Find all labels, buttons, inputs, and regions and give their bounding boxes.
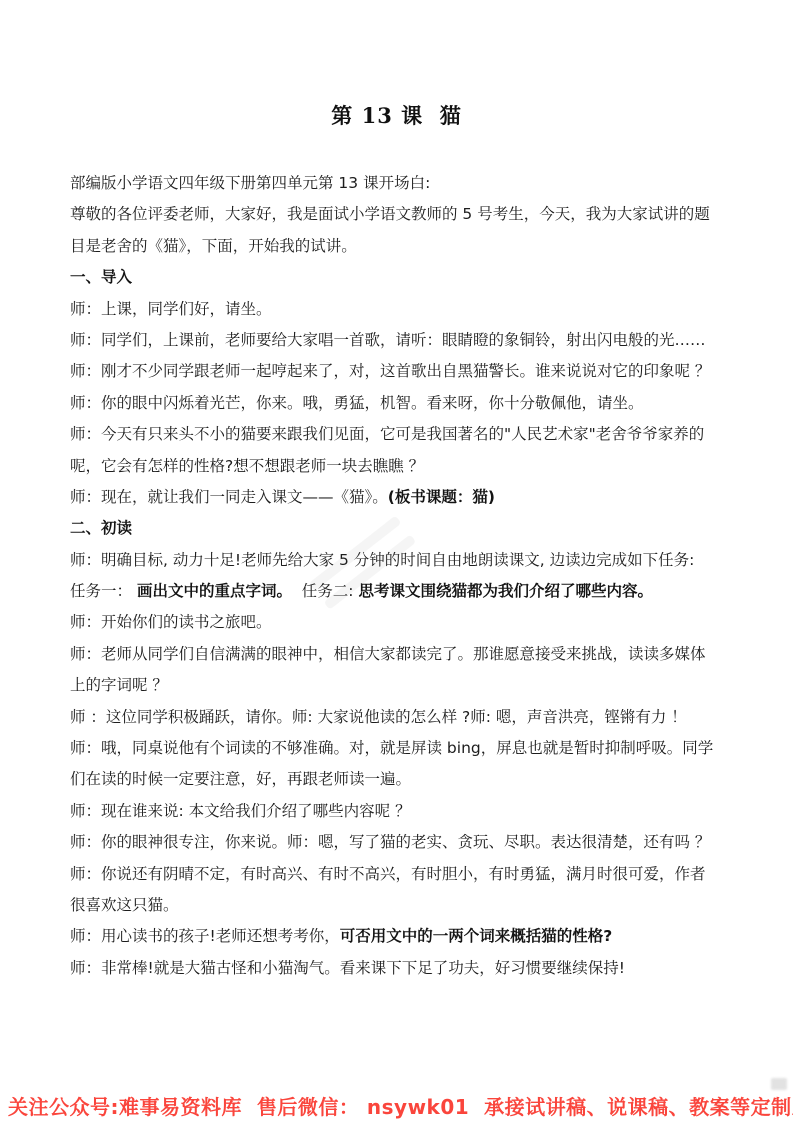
- body-text: 师：今天有只来头不小的猫要来跟我们见面，它可是我国著名的"人民艺术家"老舍爷爷家…: [70, 425, 704, 443]
- body-text: 师：你说还有阴晴不定，有时高兴、有时不高兴，有时胆小，有时勇猛，满月时很可爱，作…: [70, 865, 706, 883]
- text-line: 师：今天有只来头不小的猫要来跟我们见面，它可是我国著名的"人民艺术家"老舍爷爷家…: [70, 419, 729, 450]
- text-line: 尊敬的各位评委老师，大家好，我是面试小学语文教师的 5 号考生，今天，我为大家试…: [70, 199, 729, 230]
- body-text: 上的字词呢 ？: [70, 676, 168, 694]
- body-text: 师：你的眼中闪烁着光芒，你来。哦，勇猛，机智。看来呀，你十分敬佩他，请坐。: [70, 394, 644, 412]
- document-title: 第 13 课 猫: [0, 100, 793, 130]
- body-text: 任务二:: [292, 582, 359, 600]
- text-line: 师：现在，就让我们一同走入课文——《猫》。(板书课题：猫): [70, 482, 729, 513]
- body-text: 呢，它会有怎样的性格?想不想跟老师一块去瞧瞧 ？: [70, 457, 424, 475]
- body-text: 师：同学们，上课前，老师要给大家唱一首歌，请听：眼睛瞪的象铜铃，射出闪电般的光……: [70, 331, 706, 349]
- document-page: 第 13 课 猫 部编版小学语文四年级下册第四单元第 13 课开场白:尊敬的各位…: [0, 0, 793, 1122]
- emphasis-text: 思考课文围绕猫都为我们介绍了哪些内容。: [358, 582, 653, 600]
- body-text: 师：哦，同桌说他有个词读的不够准确。对，就是屏读 bing，屏息也就是暂时抑制呼…: [70, 739, 713, 757]
- text-line: 师：老师从同学们自信满满的眼神中，相信大家都读完了。那谁愿意接受来挑战，读读多媒…: [70, 639, 729, 670]
- body-text: 师：刚才不少同学跟老师一起哼起来了，对，这首歌出自黑猫警长。谁来说说对它的印象呢…: [70, 362, 710, 380]
- body-text: 部编版小学语文四年级下册第四单元第 13 课开场白:: [70, 174, 430, 192]
- text-line: 师：你的眼中闪烁着光芒，你来。哦，勇猛，机智。看来呀，你十分敬佩他，请坐。: [70, 388, 729, 419]
- emphasis-text: 一、导入: [70, 268, 132, 286]
- document-body: 部编版小学语文四年级下册第四单元第 13 课开场白:尊敬的各位评委老师，大家好，…: [70, 168, 729, 984]
- text-line: 师：哦，同桌说他有个词读的不够准确。对，就是屏读 bing，屏息也就是暂时抑制呼…: [70, 733, 729, 764]
- text-line: 上的字词呢 ？: [70, 670, 729, 701]
- body-text: 师：上课，同学们好，请坐。: [70, 300, 272, 318]
- text-line: 一、导入: [70, 262, 729, 293]
- body-text: 师：用心读书的孩子!老师还想考考你，: [70, 927, 340, 945]
- text-line: 任务一： 画出文中的重点字词。 任务二: 思考课文围绕猫都为我们介绍了哪些内容。: [70, 576, 729, 607]
- text-line: 师 ：这位同学积极踊跃，请你。师: 大家说他读的怎么样 ?师: 嗯，声音洪亮，铿…: [70, 702, 729, 733]
- text-line: 二、初读: [70, 513, 729, 544]
- footer-promo: 关注公众号:难事易资料库 售后微信： nsywk01 承接试讲稿、说课稿、教案等…: [8, 1095, 789, 1119]
- text-line: 师：上课，同学们好，请坐。: [70, 294, 729, 325]
- text-line: 很喜欢这只猫。: [70, 890, 729, 921]
- body-text: 们在读的时候一定要注意，好，再跟老师读一遍。: [70, 770, 411, 788]
- emphasis-text: 画出文中的重点字词。: [137, 582, 292, 600]
- text-line: 目是老舍的《猫》，下面，开始我的试讲。: [70, 231, 729, 262]
- text-line: 师：同学们，上课前，老师要给大家唱一首歌，请听：眼睛瞪的象铜铃，射出闪电般的光……: [70, 325, 729, 356]
- emphasis-text: (板书课题：猫): [388, 488, 495, 506]
- text-line: 师：非常棒!就是大猫古怪和小猫淘气。看来课下下足了功夫，好习惯要继续保持!: [70, 953, 729, 984]
- body-text: 师 ：这位同学积极踊跃，请你。师: 大家说他读的怎么样 ?师: 嗯，声音洪亮，铿…: [70, 708, 687, 726]
- body-text: 目是老舍的《猫》，下面，开始我的试讲。: [70, 237, 357, 255]
- body-text: 师：你的眼神很专注，你来说。师：嗯，写了猫的老实、贪玩、尽职。表达很清楚，还有吗…: [70, 833, 710, 851]
- text-line: 师：用心读书的孩子!老师还想考考你，可否用文中的一两个词来概括猫的性格?: [70, 921, 729, 952]
- body-text: 任务一：: [70, 582, 137, 600]
- text-line: 师：刚才不少同学跟老师一起哼起来了，对，这首歌出自黑猫警长。谁来说说对它的印象呢…: [70, 356, 729, 387]
- text-line: 师：你的眼神很专注，你来说。师：嗯，写了猫的老实、贪玩、尽职。表达很清楚，还有吗…: [70, 827, 729, 858]
- body-text: 师：现在谁来说: 本文给我们介绍了哪些内容呢 ？: [70, 802, 411, 820]
- emphasis-text: 二、初读: [70, 519, 132, 537]
- text-line: 师：开始你们的读书之旅吧。: [70, 607, 729, 638]
- text-line: 呢，它会有怎样的性格?想不想跟老师一块去瞧瞧 ？: [70, 451, 729, 482]
- body-text: 很喜欢这只猫。: [70, 896, 179, 914]
- body-text: 师：开始你们的读书之旅吧。: [70, 613, 272, 631]
- text-line: 部编版小学语文四年级下册第四单元第 13 课开场白:: [70, 168, 729, 199]
- emphasis-text: 可否用文中的一两个词来概括猫的性格?: [340, 927, 613, 945]
- body-text: 师：现在，就让我们一同走入课文——《猫》。: [70, 488, 388, 506]
- body-text: 师：明确目标, 动力十足!老师先给大家 5 分钟的时间自由地朗读课文, 边读边完…: [70, 551, 694, 569]
- body-text: 师：非常棒!就是大猫古怪和小猫淘气。看来课下下足了功夫，好习惯要继续保持!: [70, 959, 625, 977]
- text-line: 师：你说还有阴晴不定，有时高兴、有时不高兴，有时胆小，有时勇猛，满月时很可爱，作…: [70, 859, 729, 890]
- body-text: 师：老师从同学们自信满满的眼神中，相信大家都读完了。那谁愿意接受来挑战，读读多媒…: [70, 645, 706, 663]
- body-text: 尊敬的各位评委老师，大家好，我是面试小学语文教师的 5 号考生，今天，我为大家试…: [70, 205, 710, 223]
- text-line: 师：现在谁来说: 本文给我们介绍了哪些内容呢 ？: [70, 796, 729, 827]
- smudge-mark: [771, 1078, 787, 1090]
- text-line: 师：明确目标, 动力十足!老师先给大家 5 分钟的时间自由地朗读课文, 边读边完…: [70, 545, 729, 576]
- text-line: 们在读的时候一定要注意，好，再跟老师读一遍。: [70, 764, 729, 795]
